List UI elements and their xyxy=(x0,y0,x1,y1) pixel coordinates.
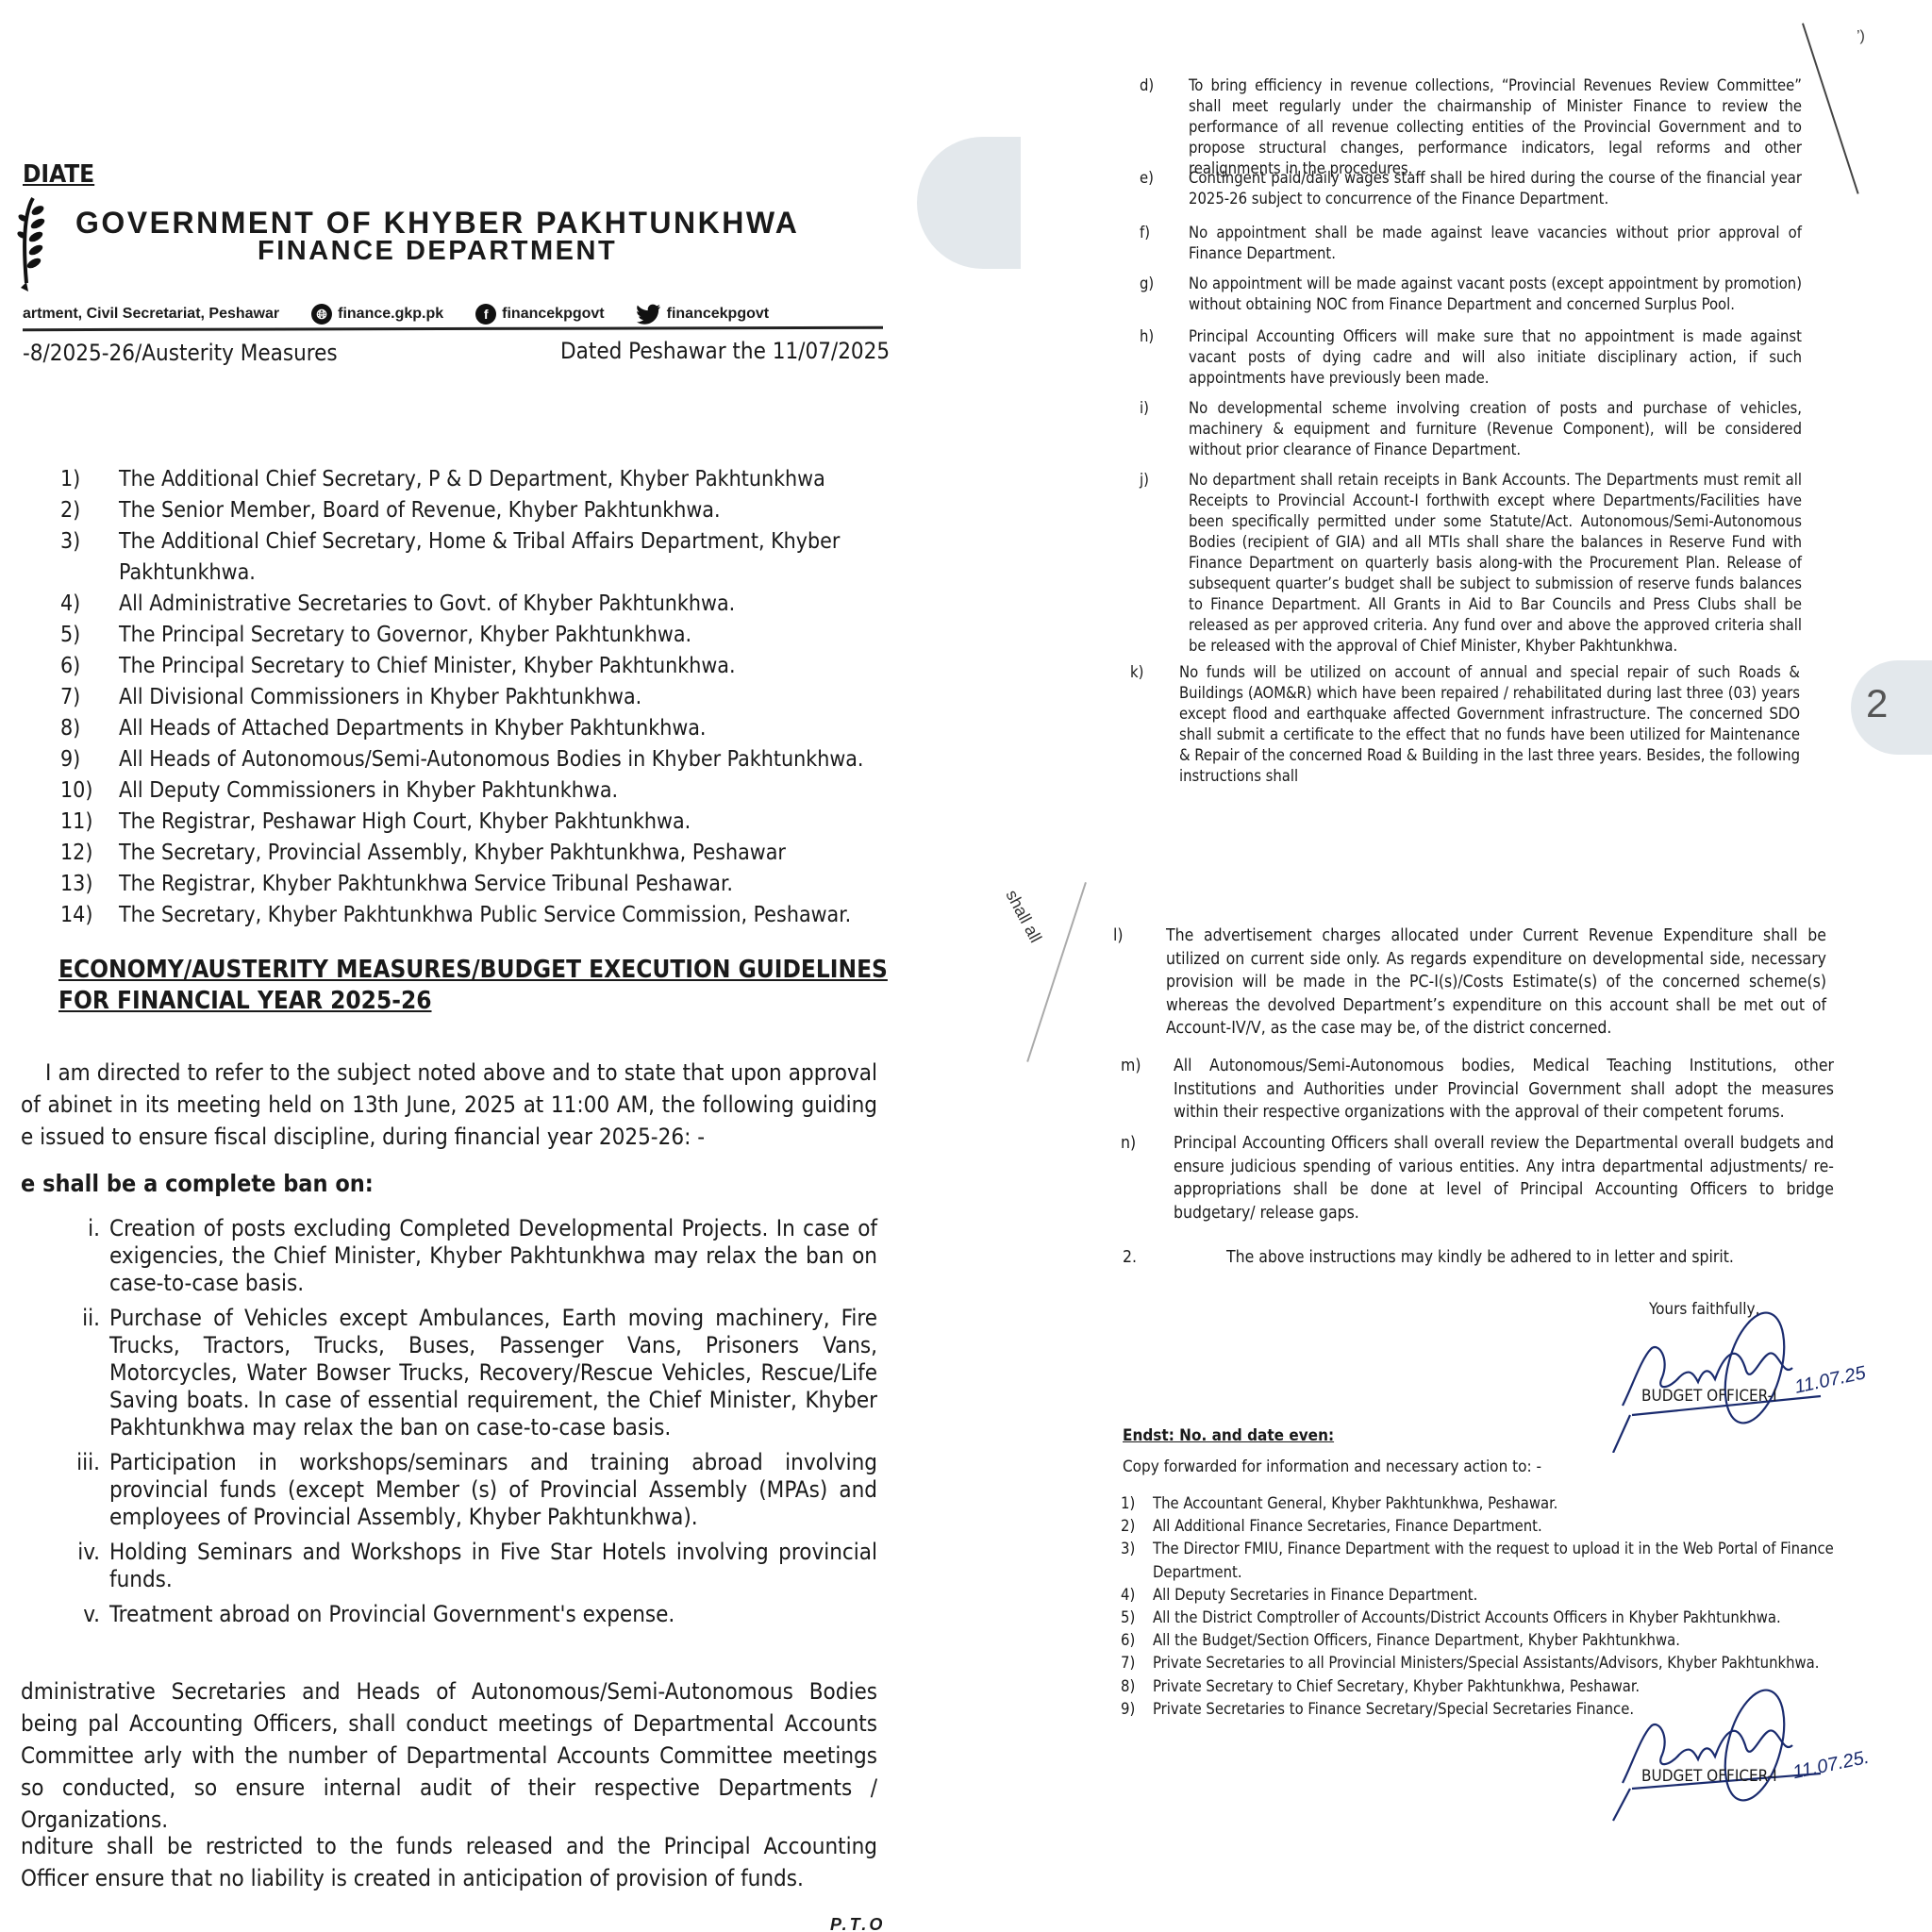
addressee-item: 10)All Deputy Commissioners in Khyber Pa… xyxy=(60,775,909,807)
addressee-item: 11)The Registrar, Peshawar High Court, K… xyxy=(60,807,909,838)
clause-label: n) xyxy=(1121,1132,1174,1224)
clause-label: g) xyxy=(1140,274,1189,315)
clause-item: h)Principal Accounting Officers will mak… xyxy=(1140,326,1802,389)
addressee-number: 14) xyxy=(60,900,119,931)
clause-text: No funds will be utilized on account of … xyxy=(1179,662,1800,787)
addressee-item: 1)The Additional Chief Secretary, P & D … xyxy=(60,464,909,495)
clause-item: e)Contingent paid/daily wages staff shal… xyxy=(1140,168,1802,209)
ban-text: Creation of posts excluding Completed De… xyxy=(109,1215,877,1297)
addressee-number: 10) xyxy=(60,775,119,807)
copy-item: 7)Private Secretaries to all Provincial … xyxy=(1121,1652,1838,1674)
addressee-list: 1)The Additional Chief Secretary, P & D … xyxy=(60,464,909,931)
corner-mark: ’) xyxy=(1857,28,1865,45)
addressee-number: 12) xyxy=(60,838,119,869)
twitter-text: financekpgovt xyxy=(667,306,769,323)
addressee-number: 11) xyxy=(60,807,119,838)
copy-item: 3)The Director FMIU, Finance Department … xyxy=(1121,1538,1838,1583)
signatory-title: BUDGET OFFICER-I xyxy=(1641,1387,1777,1406)
clause-item: i)No developmental scheme involving crea… xyxy=(1140,398,1802,460)
copy-forwarded-text: Copy forwarded for information and neces… xyxy=(1123,1457,1541,1476)
addressee-text: The Registrar, Peshawar High Court, Khyb… xyxy=(119,807,909,838)
ban-number: ii. xyxy=(66,1305,109,1441)
copy-number: 7) xyxy=(1121,1652,1153,1674)
intro-paragraph: I am directed to refer to the subject no… xyxy=(21,1057,877,1153)
ban-item: v.Treatment abroad on Provincial Governm… xyxy=(66,1601,877,1628)
clause-item: k)No funds will be utilized on account o… xyxy=(1130,662,1800,787)
copy-item: 5)All the District Comptroller of Accoun… xyxy=(1121,1607,1838,1629)
website-text: finance.gkp.pk xyxy=(338,306,443,323)
clause-item: f)No appointment shall be made against l… xyxy=(1140,223,1802,264)
page-number-tab[interactable] xyxy=(1851,660,1932,755)
copy-text: All the Budget/Section Officers, Finance… xyxy=(1153,1629,1680,1652)
copy-text: The Accountant General, Khyber Pakhtunkh… xyxy=(1153,1492,1557,1515)
ban-item: iii.Participation in workshops/seminars … xyxy=(66,1449,877,1531)
clause-item: d)To bring efficiency in revenue collect… xyxy=(1140,75,1802,179)
ban-text: Treatment abroad on Provincial Governmen… xyxy=(109,1601,877,1628)
clause-text: To bring efficiency in revenue collectio… xyxy=(1189,75,1802,179)
clause-text: All Autonomous/Semi-Autonomous bodies, M… xyxy=(1174,1055,1834,1124)
clause-text: No appointment will be made against vaca… xyxy=(1189,274,1802,315)
twitter-link[interactable]: financekpgovt xyxy=(637,304,769,325)
addressee-item: 8)All Heads of Attached Departments in K… xyxy=(60,713,909,744)
clause-label: j) xyxy=(1140,470,1189,657)
clause-label: f) xyxy=(1140,223,1189,264)
copy-text: Private Secretaries to all Provincial Mi… xyxy=(1153,1652,1819,1674)
left-page: DIATE GOVERNMENT OF KHYBER PAKHTUNKHWA F… xyxy=(0,0,943,1932)
copy-text: All Additional Finance Secretaries, Fina… xyxy=(1153,1515,1542,1538)
copy-number: 5) xyxy=(1121,1607,1153,1629)
clause-label: d) xyxy=(1140,75,1189,179)
addressee-text: The Secretary, Provincial Assembly, Khyb… xyxy=(119,838,909,869)
addressee-item: 6)The Principal Secretary to Chief Minis… xyxy=(60,651,909,682)
clause-text: Principal Accounting Officers shall over… xyxy=(1174,1132,1834,1224)
facebook-link[interactable]: f financekpgovt xyxy=(475,304,604,325)
closing-text: The above instructions may kindly be adh… xyxy=(1226,1248,1734,1267)
admin-paragraph: dministrative Secretaries and Heads of A… xyxy=(21,1675,877,1836)
addressee-number: 9) xyxy=(60,744,119,775)
addressee-item: 9)All Heads of Autonomous/Semi-Autonomou… xyxy=(60,744,909,775)
addressee-item: 7)All Divisional Commissioners in Khyber… xyxy=(60,682,909,713)
addressee-item: 5)The Principal Secretary to Governor, K… xyxy=(60,620,909,651)
copy-number: 8) xyxy=(1121,1675,1153,1698)
clause-label: h) xyxy=(1140,326,1189,389)
website-link[interactable]: 🌐︎ finance.gkp.pk xyxy=(311,304,443,325)
addressee-number: 4) xyxy=(60,589,119,620)
clause-text: No appointment shall be made against lea… xyxy=(1189,223,1802,264)
clause-item: j)No department shall retain receipts in… xyxy=(1140,470,1802,657)
addressee-number: 1) xyxy=(60,464,119,495)
addressee-text: All Divisional Commissioners in Khyber P… xyxy=(119,682,909,713)
ban-number: iv. xyxy=(66,1539,109,1593)
ban-heading: e shall be a complete ban on: xyxy=(21,1170,374,1197)
signatory-title: BUDGET OFFICER-I xyxy=(1641,1767,1777,1786)
page-edge-line xyxy=(1802,23,1859,193)
copy-text: All Deputy Secretaries in Finance Depart… xyxy=(1153,1584,1477,1607)
clause-label: l) xyxy=(1113,924,1166,1041)
addressee-item: 3)The Additional Chief Secretary, Home &… xyxy=(60,526,909,589)
copy-number: 3) xyxy=(1121,1538,1153,1583)
letter-date: Dated Peshawar the 11/07/2025 xyxy=(560,338,890,364)
addressee-text: All Administrative Secretaries to Govt. … xyxy=(119,589,909,620)
copy-number: 9) xyxy=(1121,1698,1153,1721)
clause-label: k) xyxy=(1130,662,1179,787)
expenditure-paragraph: nditure shall be restricted to the funds… xyxy=(21,1830,877,1894)
addressee-item: 2)The Senior Member, Board of Revenue, K… xyxy=(60,495,909,526)
clause-item: g)No appointment will be made against va… xyxy=(1140,274,1802,315)
addressee-text: The Registrar, Khyber Pakhtunkhwa Servic… xyxy=(119,869,909,900)
clause-item: m)All Autonomous/Semi-Autonomous bodies,… xyxy=(1121,1055,1834,1124)
page-number: 2 xyxy=(1866,681,1888,726)
copy-text: Private Secretary to Chief Secretary, Kh… xyxy=(1153,1675,1640,1698)
ban-number: i. xyxy=(66,1215,109,1297)
emblem-icon xyxy=(17,193,49,297)
copy-item: 2)All Additional Finance Secretaries, Fi… xyxy=(1121,1515,1838,1538)
clause-label: m) xyxy=(1121,1055,1174,1124)
facebook-icon: f xyxy=(475,304,496,325)
margin-note: shall all xyxy=(1001,887,1045,946)
copy-item: 6)All the Budget/Section Officers, Finan… xyxy=(1121,1629,1838,1652)
copy-item: 4)All Deputy Secretaries in Finance Depa… xyxy=(1121,1584,1838,1607)
endorsement-heading: Endst: No. and date even: xyxy=(1123,1426,1334,1445)
addressee-text: The Secretary, Khyber Pakhtunkhwa Public… xyxy=(119,900,909,931)
addressee-item: 13)The Registrar, Khyber Pakhtunkhwa Ser… xyxy=(60,869,909,900)
clause-item: n)Principal Accounting Officers shall ov… xyxy=(1121,1132,1834,1224)
twitter-icon xyxy=(637,304,661,325)
intro-text: I am directed to refer to the subject no… xyxy=(21,1059,877,1150)
clause-label: e) xyxy=(1140,168,1189,209)
closing-label: 2. xyxy=(1123,1248,1226,1267)
addressee-text: The Principal Secretary to Governor, Khy… xyxy=(119,620,909,651)
subject-heading: ECONOMY/AUSTERITY MEASURES/BUDGET EXECUT… xyxy=(58,955,926,1017)
addressee-number: 13) xyxy=(60,869,119,900)
copy-item: 1)The Accountant General, Khyber Pakhtun… xyxy=(1121,1492,1838,1515)
globe-icon: 🌐︎ xyxy=(311,304,332,325)
copy-number: 1) xyxy=(1121,1492,1153,1515)
letterhead-contacts: artment, Civil Secretariat, Peshawar 🌐︎ … xyxy=(23,304,881,325)
ban-text: Holding Seminars and Workshops in Five S… xyxy=(109,1539,877,1593)
ban-item: iv.Holding Seminars and Workshops in Fiv… xyxy=(66,1539,877,1593)
addressee-text: All Heads of Autonomous/Semi-Autonomous … xyxy=(119,744,909,775)
clause-item: l)The advertisement charges allocated un… xyxy=(1113,924,1826,1041)
copy-text: Private Secretaries to Finance Secretary… xyxy=(1153,1698,1634,1721)
addressee-number: 6) xyxy=(60,651,119,682)
copy-number: 2) xyxy=(1121,1515,1153,1538)
addressee-number: 7) xyxy=(60,682,119,713)
ban-text: Purchase of Vehicles except Ambulances, … xyxy=(109,1305,877,1441)
addressee-text: The Additional Chief Secretary, Home & T… xyxy=(119,526,909,589)
addressee-text: The Principal Secretary to Chief Ministe… xyxy=(119,651,909,682)
addressee-text: All Heads of Attached Departments in Khy… xyxy=(119,713,909,744)
copy-number: 4) xyxy=(1121,1584,1153,1607)
addressee-item: 12)The Secretary, Provincial Assembly, K… xyxy=(60,838,909,869)
facebook-text: financekpgovt xyxy=(502,306,604,323)
fold-line xyxy=(1026,882,1087,1062)
clause-text: Contingent paid/daily wages staff shall … xyxy=(1189,168,1802,209)
addressee-number: 2) xyxy=(60,495,119,526)
addressee-item: 14)The Secretary, Khyber Pakhtunkhwa Pub… xyxy=(60,900,909,931)
addressee-text: The Additional Chief Secretary, P & D De… xyxy=(119,464,909,495)
copy-text: All the District Comptroller of Accounts… xyxy=(1153,1607,1781,1629)
clause-text: The advertisement charges allocated unde… xyxy=(1166,924,1826,1041)
clause-label: i) xyxy=(1140,398,1189,460)
ban-number: v. xyxy=(66,1601,109,1628)
addressee-number: 8) xyxy=(60,713,119,744)
addressee-number: 3) xyxy=(60,526,119,589)
addressee-item: 4)All Administrative Secretaries to Govt… xyxy=(60,589,909,620)
reference-number: -8/2025-26/Austerity Measures xyxy=(23,340,338,366)
addressee-text: The Senior Member, Board of Revenue, Khy… xyxy=(119,495,909,526)
ban-item: ii.Purchase of Vehicles except Ambulance… xyxy=(66,1305,877,1441)
closing-paragraph: 2. The above instructions may kindly be … xyxy=(1123,1248,1734,1267)
copy-text: The Director FMIU, Finance Department wi… xyxy=(1153,1538,1838,1583)
clause-text: Principal Accounting Officers will make … xyxy=(1189,326,1802,389)
ban-number: iii. xyxy=(66,1449,109,1531)
address: artment, Civil Secretariat, Peshawar xyxy=(23,306,279,323)
ban-text: Participation in workshops/seminars and … xyxy=(109,1449,877,1531)
letterhead-divider xyxy=(23,326,883,331)
department-title: FINANCE DEPARTMENT xyxy=(258,236,617,267)
address-text: artment, Civil Secretariat, Peshawar xyxy=(23,306,279,323)
pto-marker: P.T.O xyxy=(830,1915,885,1932)
clause-text: No developmental scheme involving creati… xyxy=(1189,398,1802,460)
addressee-text: All Deputy Commissioners in Khyber Pakht… xyxy=(119,775,909,807)
addressee-number: 5) xyxy=(60,620,119,651)
immediate-tag: DIATE xyxy=(23,160,94,189)
ban-item: i.Creation of posts excluding Completed … xyxy=(66,1215,877,1297)
copy-number: 6) xyxy=(1121,1629,1153,1652)
clause-text: No department shall retain receipts in B… xyxy=(1189,470,1802,657)
ban-list: i.Creation of posts excluding Completed … xyxy=(66,1215,877,1636)
